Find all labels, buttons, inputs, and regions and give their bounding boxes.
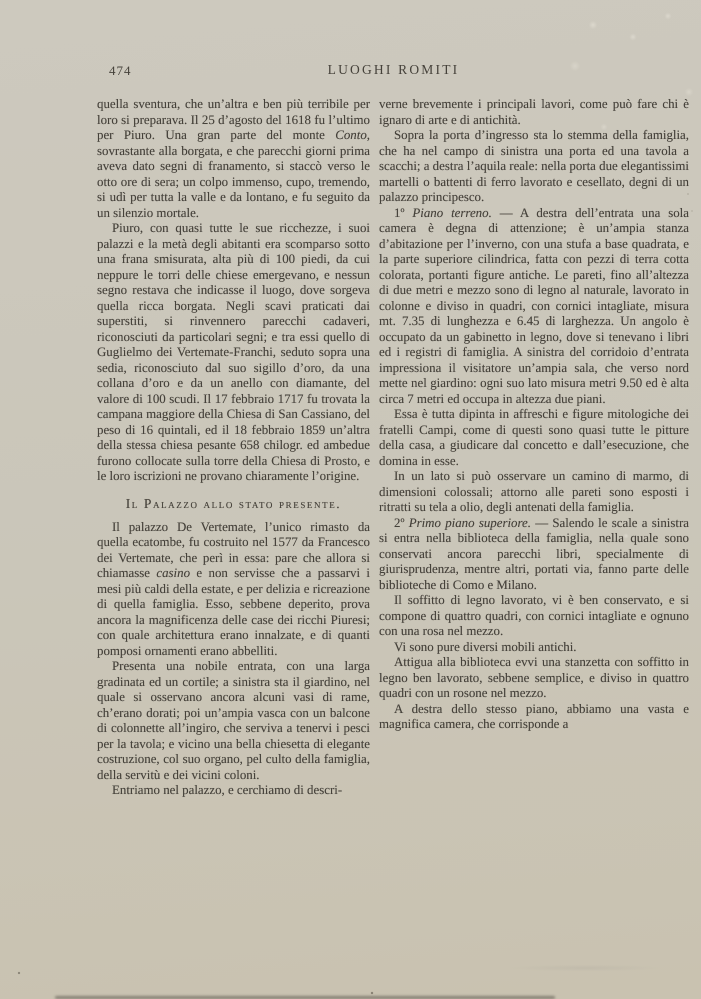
paragraph: Sopra la porta d’ingresso sta lo stemma … [379,128,689,206]
paragraph: Attigua alla biblioteca evvi una stanzet… [379,655,689,702]
paragraph: Il palazzo De Vertemate, l’unico rimasto… [97,520,370,660]
paragraph: 2º Primo piano superiore. — Salendo le s… [379,516,689,594]
right-column: verne brevemente i principali lavori, co… [379,97,689,799]
paragraph: Presenta una nobile entrata, con una lar… [97,659,370,783]
running-title: LUOGHI ROMITI [97,62,690,78]
paragraph: Piuro, con quasi tutte le sue ricchezze,… [97,221,370,485]
paragraph: quella sventura, che un’altra e ben più … [97,97,370,221]
text-columns: quella sventura, che un’altra e ben più … [97,97,689,799]
paragraph: verne brevemente i principali lavori, co… [379,97,689,128]
left-column: quella sventura, che un’altra e ben più … [97,97,370,799]
section-heading: Il Palazzo allo stato presente. [97,496,370,512]
paragraph: Essa è tutta dipinta in affreschi e figu… [379,407,689,469]
paragraph: In un lato si può osservare un camino di… [379,469,689,516]
paragraph: Il soffitto di legno lavorato, vi è ben … [379,593,689,640]
paragraph: Vi sono pure diversi mobili antichi. [379,640,689,656]
scanned-book-page: 474 LUOGHI ROMITI quella sventura, che u… [0,0,701,999]
page-number: 474 [109,63,132,79]
paragraph: 1º Piano terreno. — A destra dell’entrat… [379,206,689,408]
page-header: 474 LUOGHI ROMITI [97,62,690,82]
paragraph: A destra dello stesso piano, abbiamo una… [379,702,689,733]
paragraph: Entriamo nel palazzo, e cerchiamo di des… [97,783,370,799]
